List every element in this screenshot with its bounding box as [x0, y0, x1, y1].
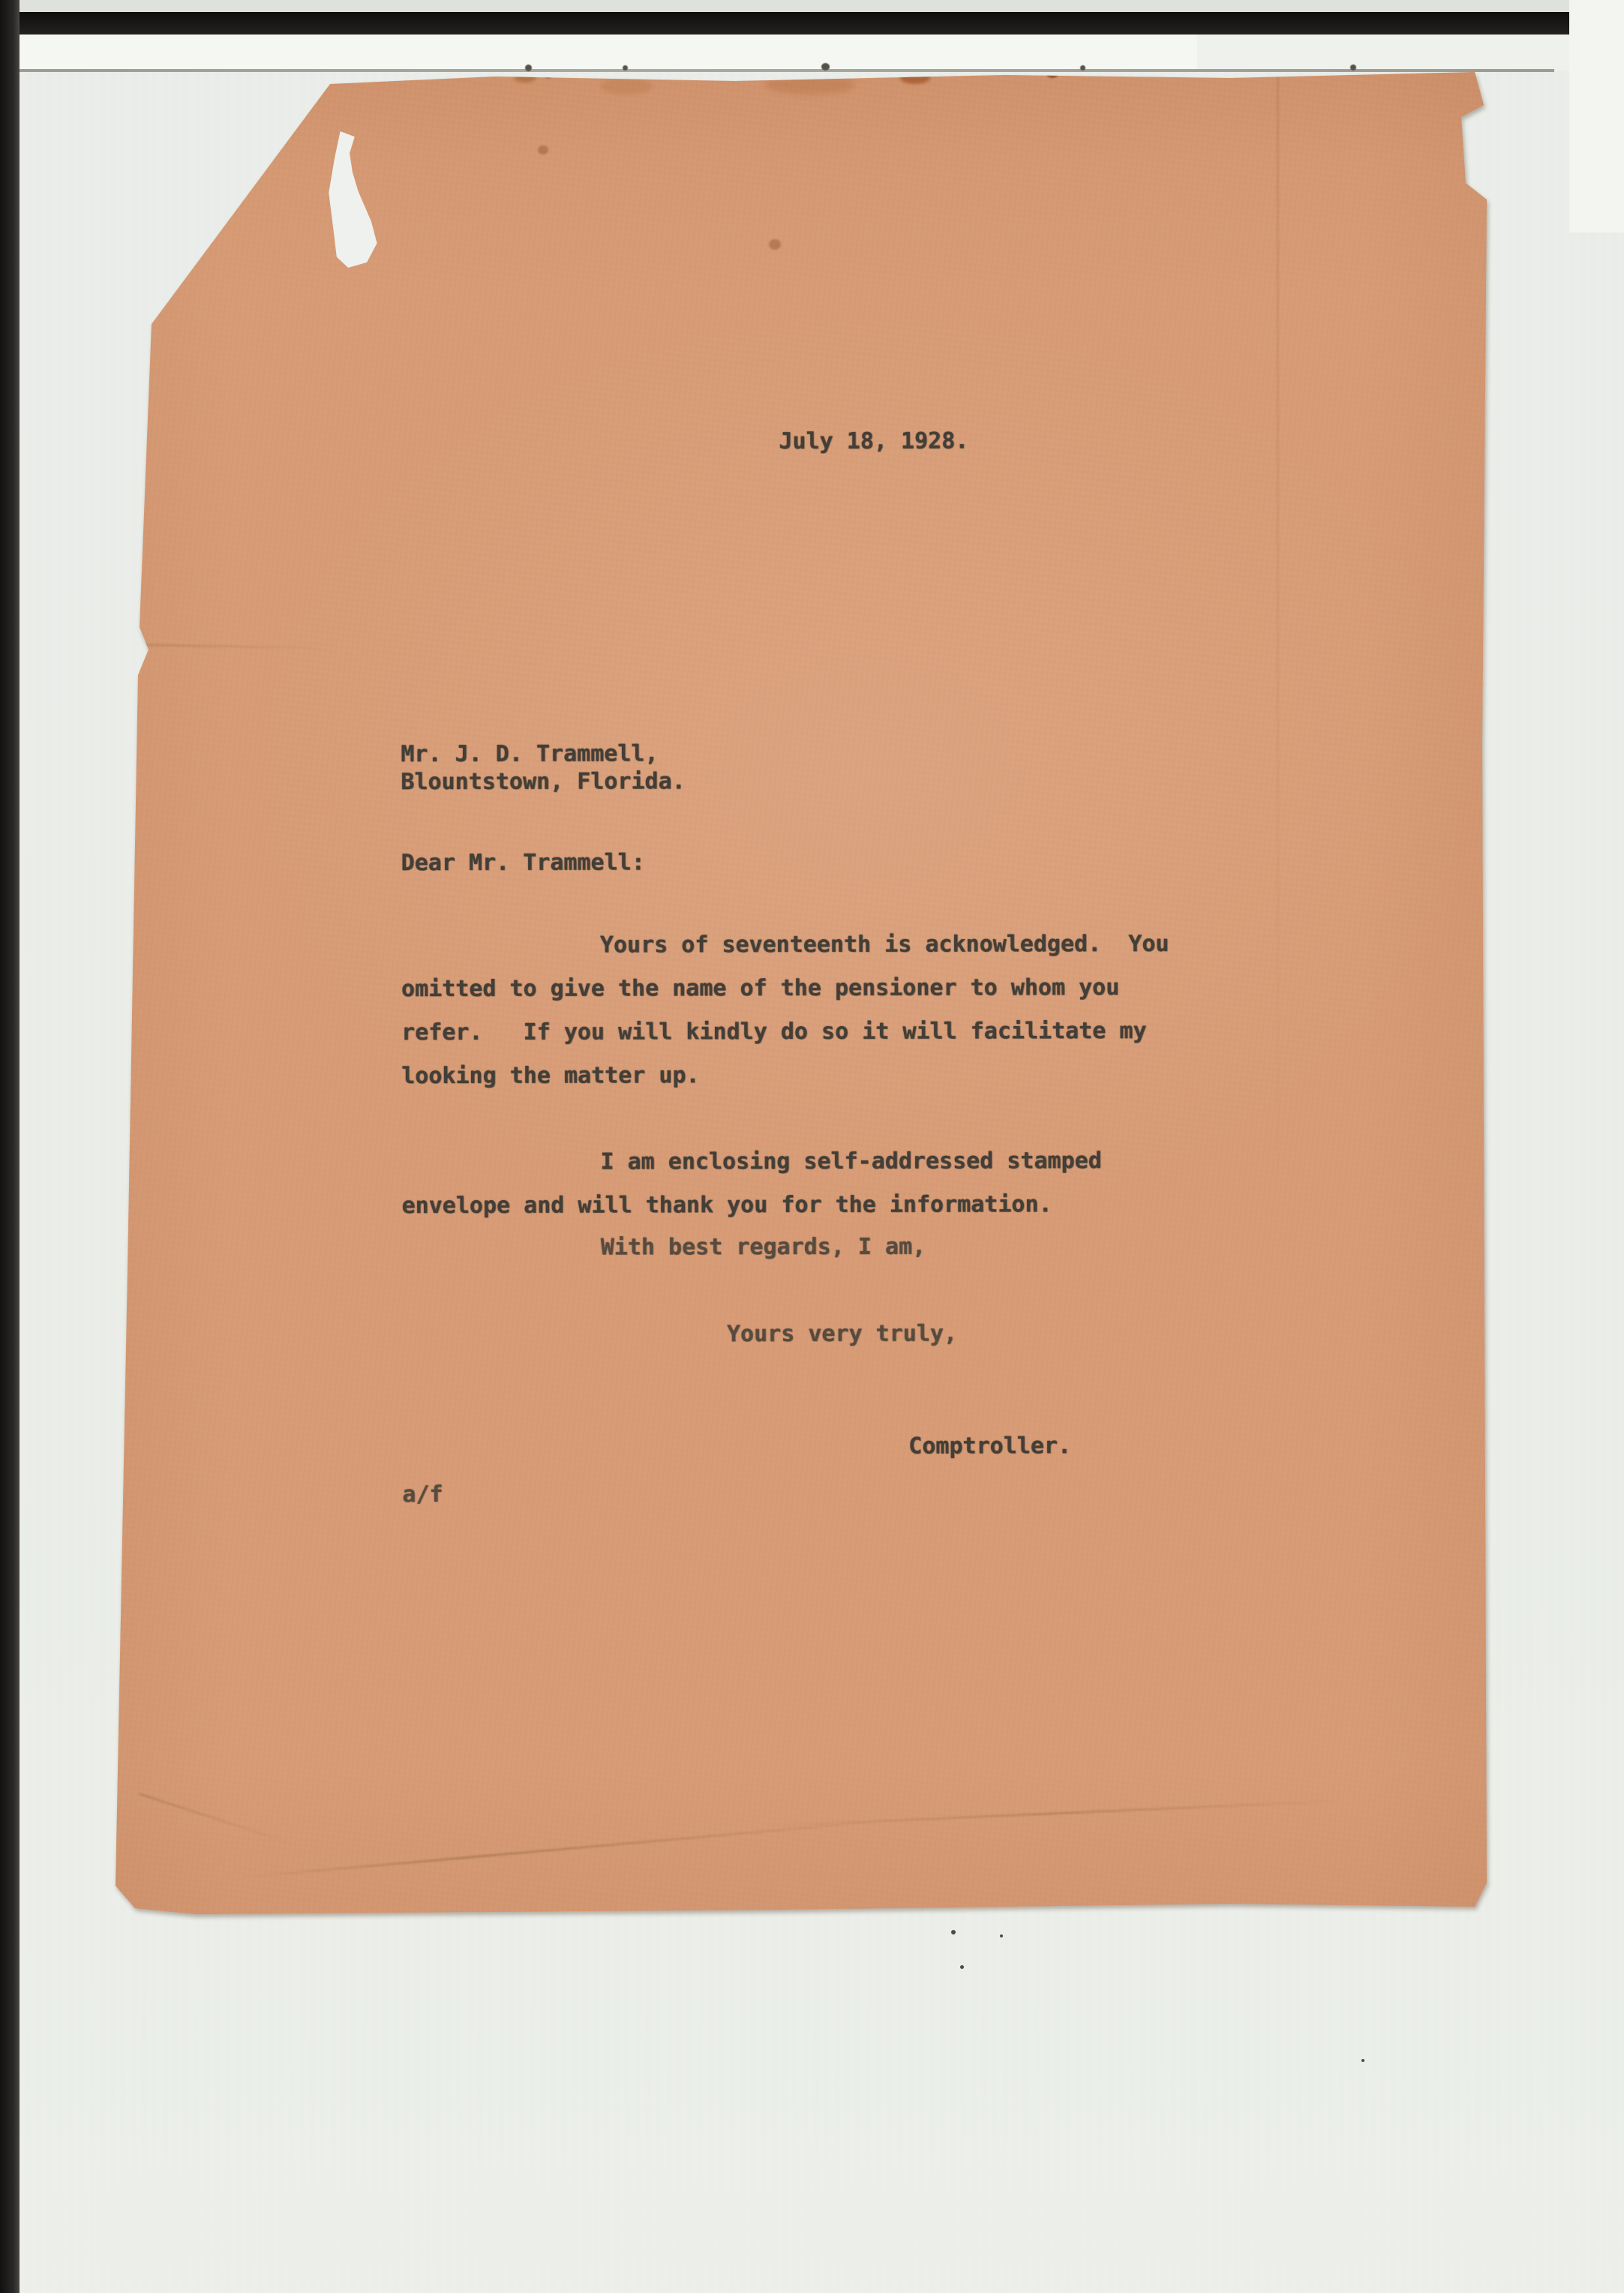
typist-initials: a/f [402, 1482, 443, 1508]
seam-speck [1080, 65, 1085, 71]
body-line: With best regards, I am, [601, 1235, 926, 1261]
salutation: Dear Mr. Trammell: [401, 850, 645, 876]
seam-speck [1350, 65, 1356, 71]
body-line: Yours of seventeenth is acknowledged. Yo… [600, 932, 1169, 959]
paper-sheet: July 18, 1928. Mr. J. D. Trammell, Bloun… [105, 71, 1487, 1916]
scanner-top-edge [0, 12, 1624, 35]
seam-speck [623, 65, 628, 71]
scanner-lid-band-right [1197, 35, 1624, 71]
scanner-right-corner-strip [1569, 0, 1624, 233]
recipient-city: Blountstown, Florida. [401, 769, 685, 795]
scanner-top-light-strip [0, 0, 1624, 12]
recipient-name: Mr. J. D. Trammell, [401, 741, 658, 767]
letter-date: July 18, 1928. [779, 429, 968, 455]
body-line: omitted to give the name of the pensione… [401, 975, 1119, 1002]
scanner-lid-band [20, 35, 1197, 71]
dust-speck [1361, 2059, 1364, 2062]
letter-paper: July 18, 1928. Mr. J. D. Trammell, Bloun… [105, 71, 1487, 1916]
scanner-left-edge [0, 0, 20, 2293]
body-line: refer. If you will kindly do so it will … [401, 1019, 1146, 1046]
body-line: looking the matter up. [401, 1063, 699, 1089]
dust-speck [951, 1930, 956, 1934]
typewritten-text: July 18, 1928. Mr. J. D. Trammell, Bloun… [103, 69, 1488, 1917]
rust-stain [544, 71, 553, 78]
dust-speck [960, 1965, 964, 1969]
seam-speck [821, 63, 830, 71]
body-line: I am enclosing self-addressed stamped [600, 1148, 1101, 1175]
dust-speck [1000, 1934, 1003, 1937]
body-line: envelope and will thank you for the info… [402, 1192, 1052, 1219]
scanned-letter-page: July 18, 1928. Mr. J. D. Trammell, Bloun… [0, 0, 1624, 2293]
signature-title: Comptroller. [908, 1433, 1071, 1459]
closing-line: Yours very truly, [727, 1322, 957, 1348]
